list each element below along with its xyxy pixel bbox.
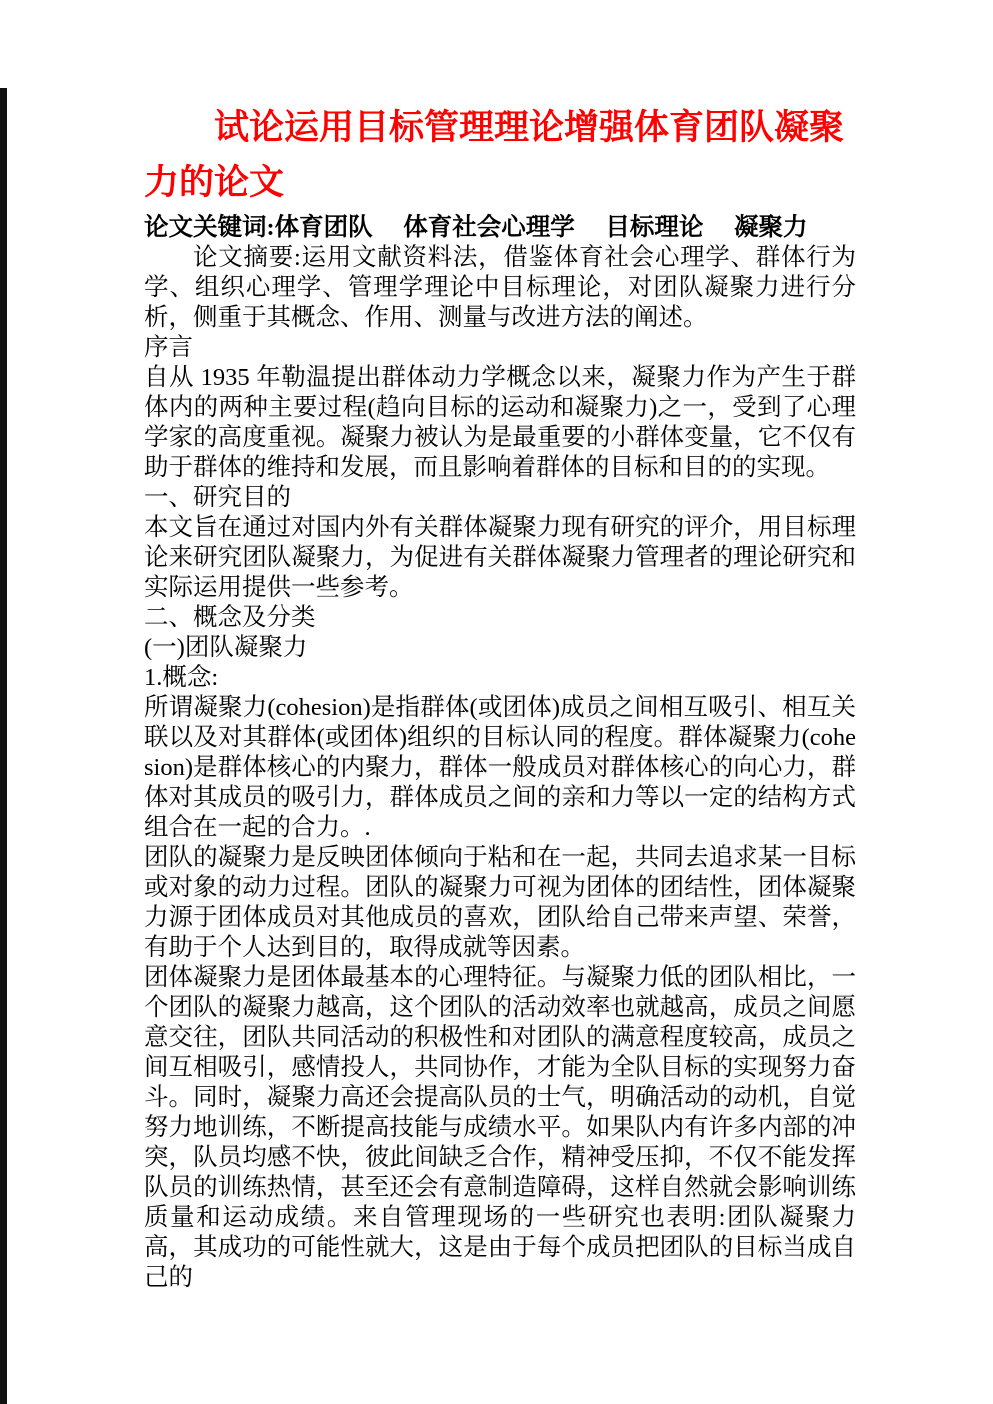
paragraph-team-cohesion: 团队的凝聚力是反映团体倾向于粘和在一起，共同去追求某一目标或对象的动力过程。团队… (144, 843, 856, 963)
paragraph-purpose: 本文旨在通过对国内外有关群体凝聚力现有研究的评介，用目标理论来研究团队凝聚力，为… (144, 513, 856, 603)
keywords-line: 论文关键词:体育团队 体育社会心理学 目标理论 凝聚力 (144, 213, 856, 243)
abstract-paragraph: 论文摘要:运用文献资料法，借鉴体育社会心理学、群体行为学、组织心理学、管理学理论… (144, 243, 856, 333)
section-heading-preface: 序言 (144, 333, 856, 363)
document-content: 试论运用目标管理理论增强体育团队凝聚力的论文 论文关键词:体育团队 体育社会心理… (144, 0, 856, 1293)
concept-heading: 1.概念: (144, 663, 856, 693)
scan-edge-line (0, 88, 7, 1404)
paragraph-cohesion-traits: 团体凝聚力是团体最基本的心理特征。与凝聚力低的团队相比，一个团队的凝聚力越高，这… (144, 963, 856, 1293)
subsection-heading: (一)团队凝聚力 (144, 633, 856, 663)
paragraph-cohesion-definition: 所谓凝聚力(cohesion)是指群体(或团体)成员之间相互吸引、相互关联以及对… (144, 693, 856, 843)
document-page: 试论运用目标管理理论增强体育团队凝聚力的论文 论文关键词:体育团队 体育社会心理… (0, 0, 993, 1404)
section-heading-2: 二、概念及分类 (144, 603, 856, 633)
document-title: 试论运用目标管理理论增强体育团队凝聚力的论文 (144, 100, 856, 210)
paragraph-preface: 自从 1935 年勒温提出群体动力学概念以来，凝聚力作为产生于群体内的两种主要过… (144, 363, 856, 483)
section-heading-1: 一、研究目的 (144, 483, 856, 513)
